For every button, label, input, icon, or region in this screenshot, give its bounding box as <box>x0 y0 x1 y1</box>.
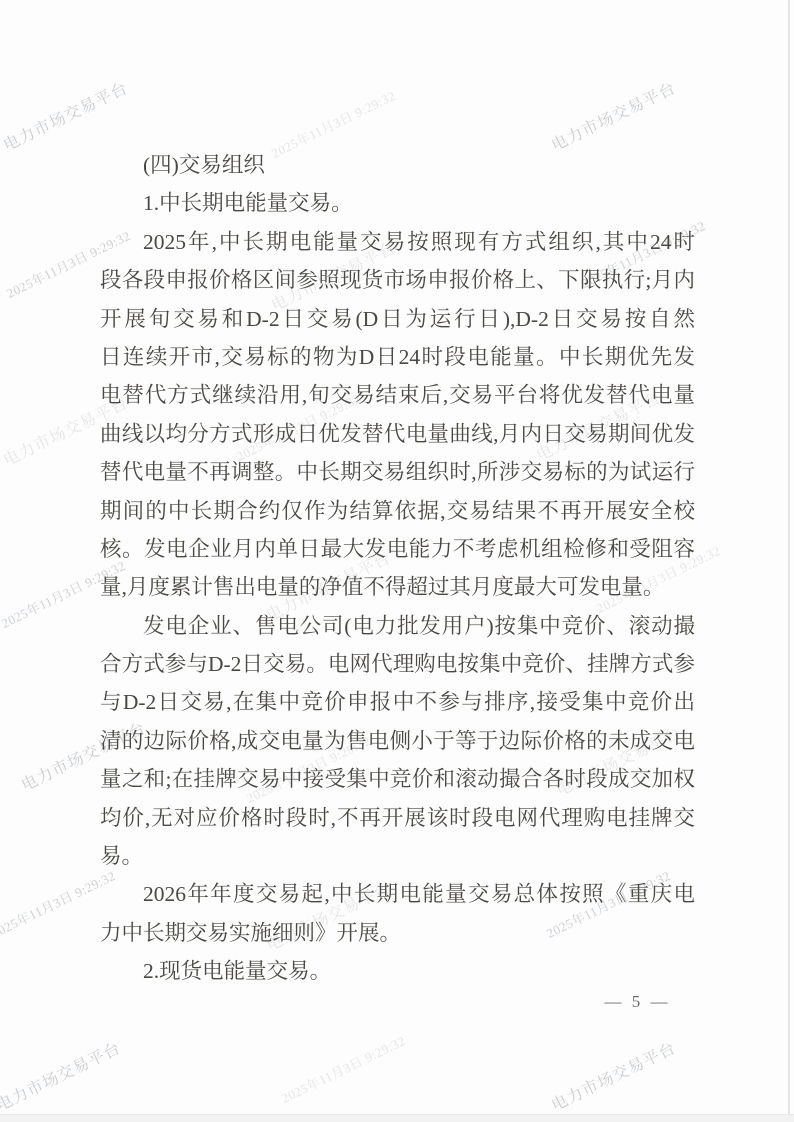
subsection-heading: 1.中长期电能量交易。 <box>100 184 695 222</box>
text-line: 量,月度累计售出电量的净值不得超过其月度最大可发电量。 <box>100 568 695 606</box>
text-line: 与D-2日交易,在集中竞价申报中不参与排序,接受集中竞价出 <box>100 683 695 721</box>
page-number: — 5 — <box>575 992 700 1012</box>
document-page: 电力市场交易平台 2025年11月3日 9:29:32 电力市场交易平台 202… <box>0 0 794 1122</box>
text-line: 电替代方式继续沿用,旬交易结束后,交易平台将优发替代电量 <box>100 376 695 414</box>
text-line: 日连续开市,交易标的物为D日24时段电能量。中长期优先发 <box>100 338 695 376</box>
watermark-timestamp-text: 2025年11月3日 9:29:32 <box>278 1030 409 1107</box>
text-line: 核。发电企业月内单日最大发电能力不考虑机组检修和受阻容 <box>100 530 695 568</box>
text-line: 2026年年度交易起,中长期电能量交易总体按照《重庆电 <box>100 875 695 913</box>
text-line: 开展旬交易和D-2日交易(D日为运行日),D-2日交易按自然 <box>100 300 695 338</box>
watermark-platform-text: 电力市场交易平台 <box>547 1035 679 1115</box>
text-line: 清的边际价格,成交电量为售电侧小于等于边际价格的未成交电 <box>100 722 695 760</box>
text-line: 期间的中长期合约仅作为结算依据,交易结果不再开展安全校 <box>100 492 695 530</box>
subsection-heading: 2.现货电能量交易。 <box>100 952 695 990</box>
text-line: 量之和;在挂牌交易中接受集中竞价和滚动撮合各时段成交加权 <box>100 760 695 798</box>
watermark-platform-text: 电力市场交易平台 <box>547 75 679 155</box>
section-heading: (四)交易组织 <box>100 146 695 184</box>
watermark-platform-text: 电力市场交易平台 <box>0 75 131 155</box>
text-line: 段各段申报价格区间参照现货市场申报价格上、下限执行;月内 <box>100 261 695 299</box>
document-body: (四)交易组织 1.中长期电能量交易。 2025年,中长期电能量交易按照现有方式… <box>100 146 695 991</box>
text-line: 合方式参与D-2日交易。电网代理购电按集中竞价、挂牌方式参 <box>100 645 695 683</box>
watermark-platform-text: 电力市场交易平台 <box>0 1035 124 1115</box>
text-line: 易。 <box>100 837 695 875</box>
text-line: 曲线以均分方式形成日优发替代电量曲线,月内日交易期间优发 <box>100 415 695 453</box>
text-line: 替代电量不再调整。中长期交易组织时,所涉交易标的为试运行 <box>100 453 695 491</box>
scan-edge-right <box>788 0 790 1122</box>
text-line: 2025年,中长期电能量交易按照现有方式组织,其中24时 <box>100 223 695 261</box>
text-line: 发电企业、售电公司(电力批发用户)按集中竞价、滚动撮 <box>100 607 695 645</box>
text-line: 力中长期交易实施细则》开展。 <box>100 914 695 952</box>
text-line: 均价,无对应价格时段时,不再开展该时段电网代理购电挂牌交 <box>100 799 695 837</box>
scan-edge-bottom <box>0 1114 794 1122</box>
